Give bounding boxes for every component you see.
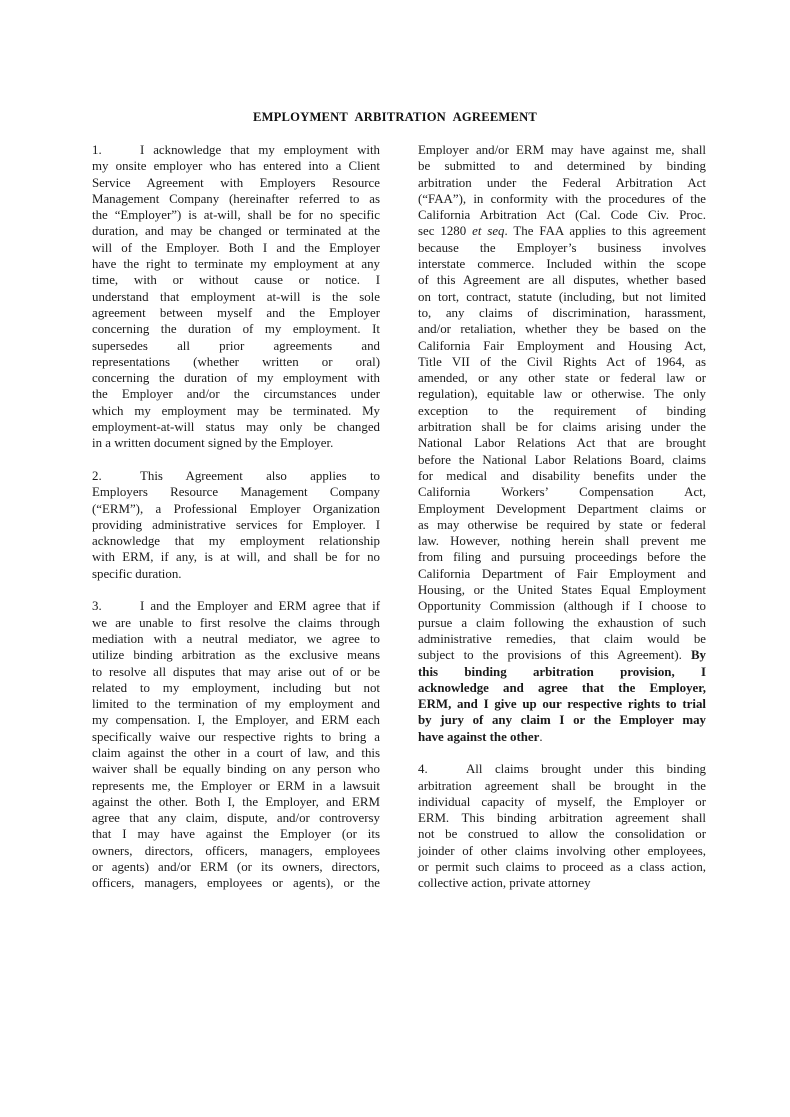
text-run: sec 1280 — [418, 224, 472, 238]
bold-text-line: this binding arbitration provision, I — [418, 664, 706, 680]
text-line: concerning the duration of my employment… — [92, 370, 380, 386]
text-line: specific duration. — [92, 566, 380, 582]
text-line: Employment Development Department claims… — [418, 501, 706, 517]
text-line: supersedes all prior agreements and — [92, 338, 380, 354]
paragraph-gap — [92, 452, 380, 468]
text-line: be submitted to and determined by bindin… — [418, 158, 706, 174]
text-line: Employers Resource Management Company — [92, 484, 380, 500]
text-line: representations (whether written or oral… — [92, 354, 380, 370]
paragraph-number: 3. — [92, 598, 140, 614]
text-line: my onsite employer who has entered into … — [92, 158, 380, 174]
text-line: concerning the duration of my employment… — [92, 321, 380, 337]
paragraph-2: 2.This Agreement also applies to Employe… — [92, 468, 380, 582]
text-line: Service Agreement with Employers Resourc… — [92, 175, 380, 191]
text-line: we are unable to first resolve the claim… — [92, 615, 380, 631]
bold-text-line: acknowledge and agree that the Employer, — [418, 680, 706, 696]
text-line: California Arbitration Act (Cal. Code Ci… — [418, 207, 706, 223]
document-title: EMPLOYMENT ARBITRATION AGREEMENT — [0, 110, 790, 125]
text-line: arbitration under the Federal Arbitratio… — [418, 175, 706, 191]
text-line: acknowledge that my employment relations… — [92, 533, 380, 549]
text-line: subject to the provisions of this Agreem… — [418, 647, 706, 663]
italic-text: et seq — [472, 224, 504, 238]
text-line: regulation), equitable law or otherwise.… — [418, 386, 706, 402]
text-line: with ERM, if any, is at will, and shall … — [92, 549, 380, 565]
text-line: in a written document signed by the Empl… — [92, 435, 380, 451]
text-line: which my employment may be terminated. M… — [92, 403, 380, 419]
text-run: subject to the provisions of this Agreem… — [418, 648, 691, 662]
text-line: officers, managers, employees or agents)… — [92, 875, 380, 891]
text-line: not be construed to allow the consolidat… — [418, 826, 706, 842]
text-line: limited to the termination of my employm… — [92, 696, 380, 712]
paragraph-4: 4.All claims brought under this binding … — [418, 761, 706, 891]
text-line: represents me, the Employer or ERM in a … — [92, 778, 380, 794]
text-line: I acknowledge that my employment with — [140, 143, 380, 157]
bold-text-line: by jury of any claim I or the Employer m… — [418, 712, 706, 728]
text-line: mediation with a neutral mediator, we ag… — [92, 631, 380, 647]
text-line: utilize binding arbitration as the exclu… — [92, 647, 380, 663]
text-line: will of the Employer. Both I and the Emp… — [92, 240, 380, 256]
text-line: exception to the requirement of binding — [418, 403, 706, 419]
text-line: Management Company (hereinafter referred… — [92, 191, 380, 207]
paragraph-gap — [418, 745, 706, 761]
document-page: EMPLOYMENT ARBITRATION AGREEMENT 1.I ack… — [0, 0, 790, 1117]
text-line: employment-at-will status may only be ch… — [92, 419, 380, 435]
text-line: have against the other. — [418, 729, 706, 745]
text-line: arbitration shall be for claims arising … — [418, 419, 706, 435]
text-line: I and the Employer and ERM agree that if — [140, 599, 380, 613]
right-column: Employer and/or ERM may have against me,… — [418, 142, 706, 892]
text-line: understand that employment at-will is th… — [92, 289, 380, 305]
text-line: All claims brought under this binding — [466, 762, 706, 776]
text-line: owners, directors, officers, managers, e… — [92, 843, 380, 859]
text-line: (“ERM”), a Professional Employer Organiz… — [92, 501, 380, 517]
text-line: National Labor Relations Act that are br… — [418, 435, 706, 451]
text-line: collective action, private attorney — [418, 875, 706, 891]
text-line: sec 1280 et seq. The FAA applies to this… — [418, 223, 706, 239]
bold-text-line: ERM, and I give up our respective rights… — [418, 696, 706, 712]
paragraph-3: 3.I and the Employer and ERM agree that … — [92, 598, 380, 891]
text-line: for medical and disability benefits unde… — [418, 468, 706, 484]
text-line: claim against the other in a court of la… — [92, 745, 380, 761]
text-line: from filing and pursuing proceedings bef… — [418, 549, 706, 565]
paragraph-3-continued: Employer and/or ERM may have against me,… — [418, 142, 706, 745]
text-line: have the right to terminate my employmen… — [92, 256, 380, 272]
text-line: Employer and/or ERM may have against me,… — [418, 142, 706, 158]
text-line: providing administrative services for Em… — [92, 517, 380, 533]
text-line: specifically waive our respective rights… — [92, 729, 380, 745]
text-line: duration, and may be changed or terminat… — [92, 223, 380, 239]
text-line: as may otherwise be required by state or… — [418, 517, 706, 533]
text-line: amended, or any other state or federal l… — [418, 370, 706, 386]
text-line: because the Employer’s business involves — [418, 240, 706, 256]
text-line: interstate commerce. Included within the… — [418, 256, 706, 272]
text-run: . — [539, 730, 542, 744]
text-line: the “Employer”) is at-will, shall be for… — [92, 207, 380, 223]
text-line: time, with or without cause or notice. I — [92, 272, 380, 288]
text-line: or permit such claims to proceed as a cl… — [418, 859, 706, 875]
text-line: agreement between myself and the Employe… — [92, 305, 380, 321]
text-line: joinder of other claims involving other … — [418, 843, 706, 859]
paragraph-gap — [92, 582, 380, 598]
text-line: law. However, nothing herein shall preve… — [418, 533, 706, 549]
text-line: individual capacity of myself, the Emplo… — [418, 794, 706, 810]
text-line: to, any claims of discrimination, harass… — [418, 305, 706, 321]
bold-text: have against the other — [418, 730, 539, 744]
text-line: against the other. Both I, the Employer,… — [92, 794, 380, 810]
text-line: pursue a claim following the exhaustion … — [418, 615, 706, 631]
text-line: on tort, contract, statute (including, b… — [418, 289, 706, 305]
text-line: of this Agreement are all disputes, whet… — [418, 272, 706, 288]
text-line: my compensation. I, the Employer, and ER… — [92, 712, 380, 728]
text-run: . The FAA applies to this agreement — [505, 224, 707, 238]
text-line: Title VII of the Civil Rights Act of 196… — [418, 354, 706, 370]
text-line: California Department of Fair Employment… — [418, 566, 706, 582]
text-line: Opportunity Commission (although if I ch… — [418, 598, 706, 614]
text-line: related to my employment, including but … — [92, 680, 380, 696]
left-column: 1.I acknowledge that my employment with … — [92, 142, 380, 892]
bold-text: By — [691, 648, 706, 662]
text-line: Housing, or the United States Equal Empl… — [418, 582, 706, 598]
paragraph-number: 2. — [92, 468, 140, 484]
text-line: California Fair Employment and Housing A… — [418, 338, 706, 354]
text-line: ERM. This binding arbitration agreement … — [418, 810, 706, 826]
text-line: to resolve all disputes that may arise o… — [92, 664, 380, 680]
text-line: and/or retaliation, whether they be base… — [418, 321, 706, 337]
text-line: that I may have against the Employer (or… — [92, 826, 380, 842]
text-line: waiver shall be equally binding on any p… — [92, 761, 380, 777]
text-line: the Employer and/or the circumstances un… — [92, 386, 380, 402]
text-line: or agents) and/or ERM (or its owners, di… — [92, 859, 380, 875]
text-line: arbitration agreement shall be brought i… — [418, 778, 706, 794]
paragraph-number: 1. — [92, 142, 140, 158]
text-line: before the National Labor Relations Boar… — [418, 452, 706, 468]
paragraph-number: 4. — [418, 761, 466, 777]
text-line: This Agreement also applies to — [140, 469, 380, 483]
text-line: administrative remedies, that claim woul… — [418, 631, 706, 647]
text-line: agree that any claim, dispute, and/or co… — [92, 810, 380, 826]
text-line: (“FAA”), in conformity with the procedur… — [418, 191, 706, 207]
paragraph-1: 1.I acknowledge that my employment with … — [92, 142, 380, 452]
text-line: California Workers’ Compensation Act, — [418, 484, 706, 500]
